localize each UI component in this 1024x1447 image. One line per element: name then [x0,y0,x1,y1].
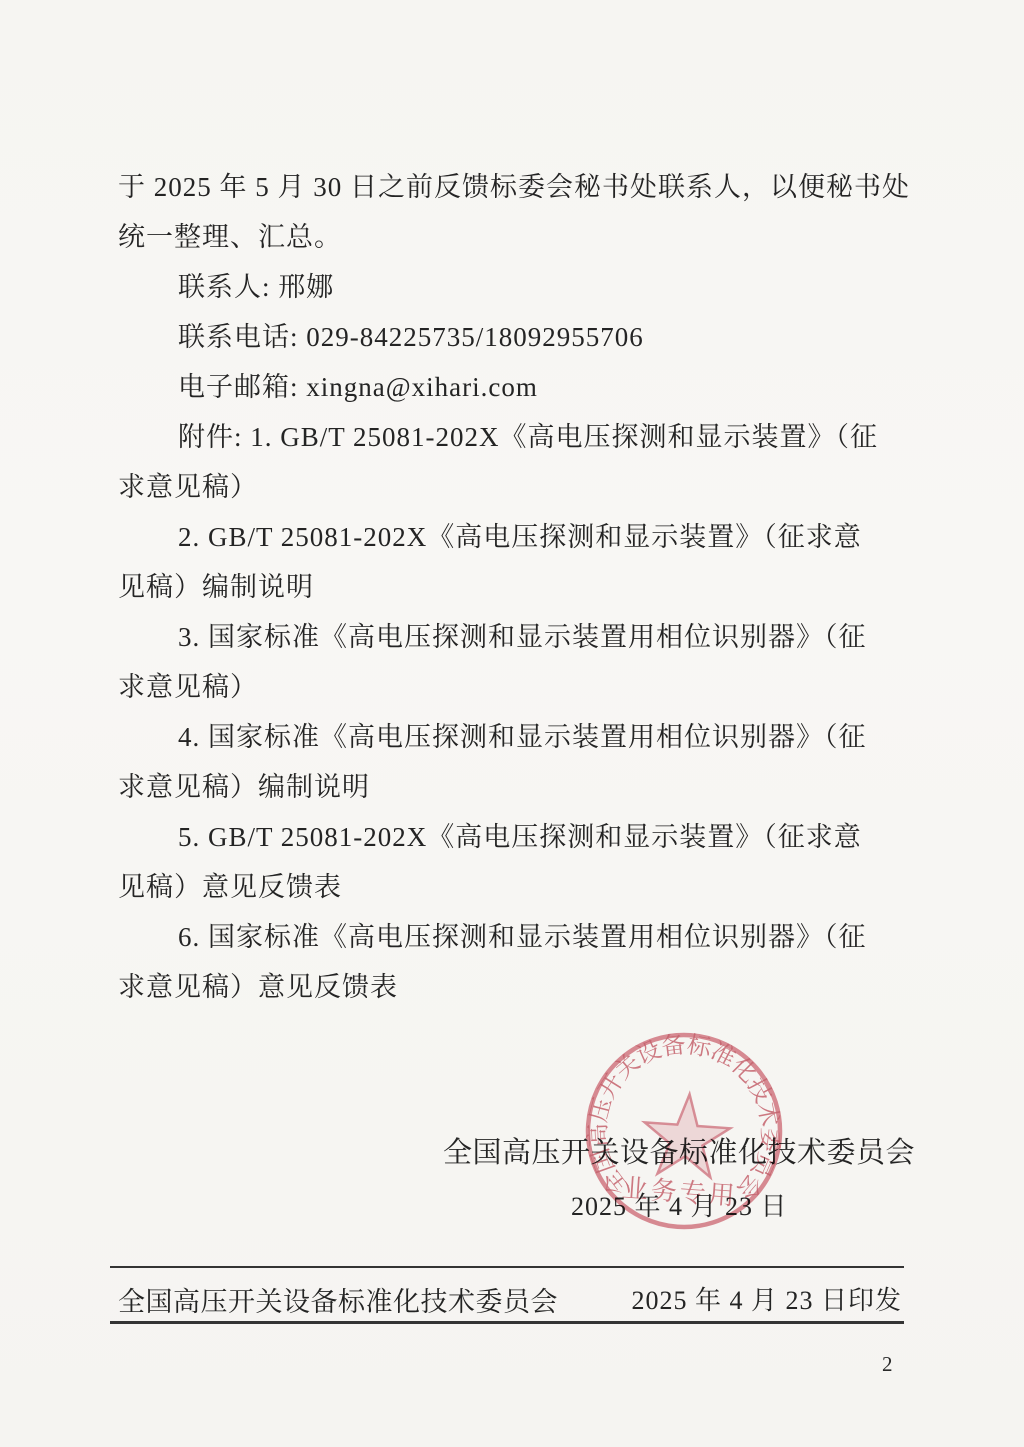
seal-star-icon [641,1091,732,1178]
attachment-line: 求意见稿）编制说明 [118,762,910,812]
footer-org-name: 全国高压开关设备标准化技术委员会 [118,1280,558,1319]
attachment-line: 求意见稿）意见反馈表 [118,962,910,1012]
attachment-line: 见稿）意见反馈表 [118,862,910,912]
attachment-line: 求意见稿） [118,662,910,712]
contact-person-line: 联系人: 邢娜 [118,262,910,312]
attachment-line: 求意见稿） [118,462,910,512]
footer-rule-top [110,1266,904,1268]
attachment-line: 6. 国家标准《高电压探测和显示装置用相位识别器》（征 [118,912,910,962]
attachment-line: 4. 国家标准《高电压探测和显示装置用相位识别器》（征 [118,712,910,762]
attachment-line: 5. GB/T 25081-202X《高电压探测和显示装置》（征求意 [118,812,910,862]
footer-rule-bottom [110,1321,904,1324]
body-line: 于 2025 年 5 月 30 日之前反馈标委会秘书处联系人，以便秘书处 [118,162,910,212]
contact-phone-line: 联系电话: 029-84225735/18092955706 [118,312,910,362]
page-number: 2 [882,1352,893,1377]
attachment-line: 见稿）编制说明 [118,562,910,612]
official-seal-stamp: 全国高压开关设备标准化技术委员会 业务专用 [564,1011,803,1250]
attachment-line: 2. GB/T 25081-202X《高电压探测和显示装置》（征求意 [118,512,910,562]
document-page: 于 2025 年 5 月 30 日之前反馈标委会秘书处联系人，以便秘书处 统一整… [0,0,1024,1447]
attachment-line: 附件: 1. GB/T 25081-202X《高电压探测和显示装置》（征 [118,412,910,462]
body-line: 统一整理、汇总。 [118,212,910,262]
contact-email-line: 电子邮箱: xingna@xihari.com [118,362,910,412]
attachment-line: 3. 国家标准《高电压探测和显示装置用相位识别器》（征 [118,612,910,662]
footer-print-date: 2025 年 4 月 23 日印发 [631,1280,902,1317]
seal-bottom-text: 业务专用 [621,1174,739,1211]
document-body: 于 2025 年 5 月 30 日之前反馈标委会秘书处联系人，以便秘书处 统一整… [118,162,910,1012]
